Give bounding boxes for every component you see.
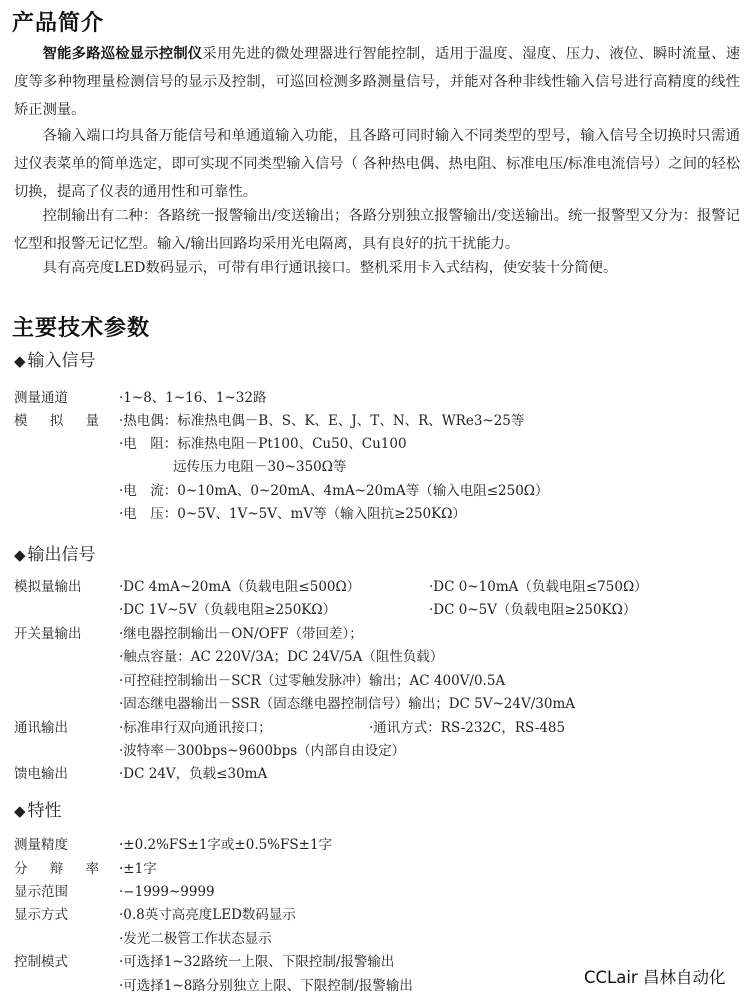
- spec-value-secondary: ·DC 0~10mA（负载电阻≤750Ω）: [429, 576, 648, 598]
- intro-paragraph-2: 各输入端口均具备万能信号和单通道输入功能，且各路可同时输入不同类型的型号，输入信…: [14, 122, 740, 206]
- spec-value: ·可控硅控制输出－SCR（过零触发脉冲）输出；AC 400V/0.5A: [119, 670, 505, 692]
- section-features-heading: ◆特性: [14, 796, 62, 821]
- product-name: 智能多路巡检显示控制仪: [43, 46, 203, 62]
- spec-label: 显示范围: [14, 881, 114, 903]
- spec-value: ·继电器控制输出－ON/OFF（带回差）；: [119, 623, 363, 645]
- spec-value: ·触点容量：AC 220V/3A；DC 24V/5A（阻性负载）: [119, 646, 443, 668]
- spec-value: ·电 流：0~10mA、0~20mA、4mA~20mA等（输入电阻≤250Ω）: [119, 480, 549, 502]
- spec-value: ·热电偶：标准热电偶－B、S、K、E、J、T、N、R、WRe3~25等: [119, 410, 524, 432]
- spec-value-secondary: ·通讯方式：RS-232C，RS-485: [369, 717, 565, 739]
- spec-value: ·−1999~9999: [119, 881, 215, 903]
- spec-label: 通讯输出: [14, 717, 114, 739]
- spec-label: 测量精度: [14, 834, 114, 856]
- intro-paragraph-3: 控制输出有二种：各路统一报警输出/变送输出；各路分别独立报警输出/变送输出。统一…: [14, 202, 740, 258]
- spec-value: ·0.8英寸高亮度LED数码显示: [119, 904, 296, 926]
- spec-label: 模拟量输出: [14, 576, 114, 598]
- spec-label: 模 拟 量: [14, 410, 114, 432]
- spec-label: 控制模式: [14, 951, 114, 973]
- spec-value: ·发光二极管工作状态显示: [119, 928, 272, 950]
- spec-value-secondary: ·DC 0~5V（负载电阻≥250KΩ）: [429, 599, 636, 621]
- specs-title: 主要技术参数: [12, 311, 150, 342]
- spec-value: ·可选择1~32路统一上限、下限控制/报警输出: [119, 951, 394, 973]
- spec-value: ·1~8、1~16、1~32路: [119, 387, 266, 409]
- spec-value: ·可选择1~8路分别独立上限、下限控制/报警输出: [119, 975, 413, 997]
- spec-value: ·电 压：0~5V、1V~5V、mV等（输入阻抗≥250KΩ）: [119, 503, 466, 525]
- intro-title: 产品简介: [12, 6, 104, 37]
- diamond-bullet-icon: ◆: [14, 352, 26, 370]
- spec-label: 显示方式: [14, 904, 114, 926]
- spec-label: 馈电输出: [14, 763, 114, 785]
- spec-value: ·±1字: [119, 858, 157, 880]
- section-output-heading: ◆输出信号: [14, 540, 96, 565]
- spec-value: ·标准串行双向通讯接口；: [119, 717, 272, 739]
- brand-watermark: CCLair 昌林自动化: [584, 964, 725, 988]
- spec-value: ·±0.2%FS±1字或±0.5%FS±1字: [119, 834, 332, 856]
- spec-value: ·波特率－300bps~9600bps（内部自由设定）: [119, 740, 405, 762]
- spec-value: ·固态继电器输出－SSR（固态继电器控制信号）输出；DC 5V~24V/30mA: [119, 693, 575, 715]
- spec-value: ·DC 1V~5V（负载电阻≥250KΩ）: [119, 599, 336, 621]
- diamond-bullet-icon: ◆: [14, 546, 26, 564]
- spec-value: ·电 阻：标准热电阻－Pt100、Cu50、Cu100: [119, 433, 407, 455]
- section-input-heading: ◆输入信号: [14, 346, 96, 371]
- spec-label: 开关量输出: [14, 623, 114, 645]
- spec-value: ·DC 24V，负载≤30mA: [119, 763, 267, 785]
- intro-paragraph-1: 智能多路巡检显示控制仪采用先进的微处理器进行智能控制，适用于温度、湿度、压力、液…: [14, 40, 740, 124]
- spec-label: 分 辩 率: [14, 858, 114, 880]
- diamond-bullet-icon: ◆: [14, 802, 26, 820]
- intro-paragraph-4: 具有高亮度LED数码显示，可带有串行通讯接口。整机采用卡入式结构，使安装十分简便…: [14, 254, 740, 282]
- spec-label: 测量通道: [14, 387, 114, 409]
- spec-value: 远传压力电阻－30~350Ω等: [119, 456, 346, 478]
- spec-value: ·DC 4mA~20mA（负载电阻≤500Ω）: [119, 576, 360, 598]
